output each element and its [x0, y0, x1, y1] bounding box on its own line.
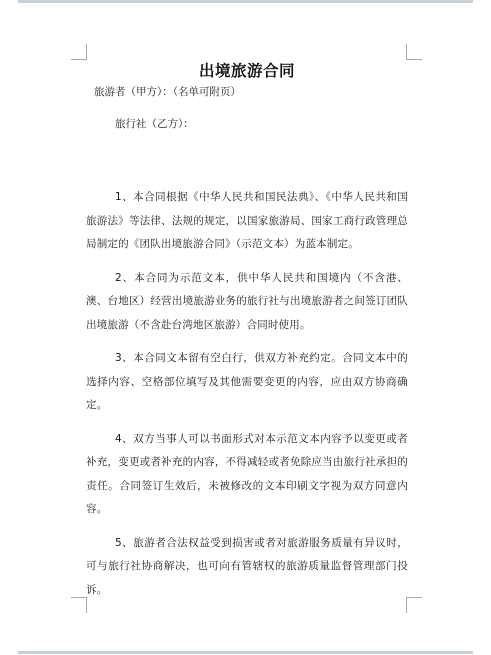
crop-mark-top-left	[71, 44, 87, 60]
page-edge-top	[18, 0, 473, 3]
clause-5: 5、旅游者合法权益受到损害或者对旅游服务质量有异议时，可与旅行社协商解决，也可向…	[86, 532, 408, 603]
crop-mark-top-right	[406, 44, 422, 60]
clause-1: 1、本合同根据《中华人民共和国民法典》、《中华人民共和国旅游法》等法律、法规的规…	[86, 186, 408, 257]
crop-mark-bottom-left	[71, 597, 87, 613]
document-title: 出境旅游合同	[86, 60, 408, 82]
crop-mark-bottom-right	[406, 597, 422, 613]
clause-3: 3、本合同文本留有空白行，供双方补充约定。合同文本中的选择内容、空格部位填写及其…	[86, 347, 408, 418]
party-b-line: 旅行社（乙方）：	[115, 116, 408, 132]
clause-4: 4、双方当事人可以书面形式对本示范文本内容予以变更或者补充，变更或者补充的内容，…	[86, 428, 408, 522]
page-edge-bottom	[18, 651, 473, 654]
clause-list: 1、本合同根据《中华人民共和国民法典》、《中华人民共和国旅游法》等法律、法规的规…	[86, 186, 408, 602]
clause-2: 2、本合同为示范文本，供中华人民共和国境内（不含港、澳、台地区）经营出境旅游业务…	[86, 267, 408, 338]
document-body: 出境旅游合同 旅游者（甲方）：（名单可附页） 旅行社（乙方）： 1、本合同根据《…	[86, 60, 408, 612]
party-a-line: 旅游者（甲方）：（名单可附页）	[94, 84, 408, 100]
